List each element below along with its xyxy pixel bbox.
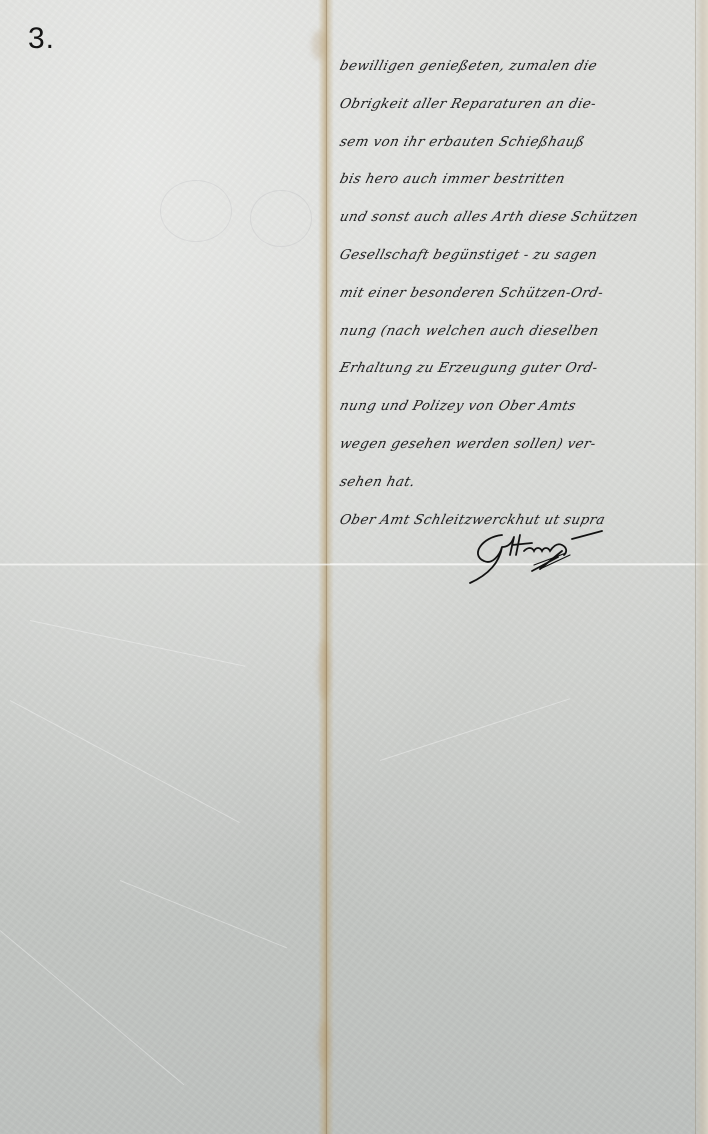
ink-bleedthrough [250,190,312,247]
text-line: sehen hat. [335,464,704,502]
vertical-fold-line [326,0,327,1134]
text-line: nung und Polizey von Ober Amts [335,388,704,426]
text-line: bis hero auch immer bestritten [335,161,704,199]
text-line: sem von ihr erbauten Schießhauß [335,124,704,162]
text-line: und sonst auch alles Arth diese Schützen [335,199,704,237]
signature: Schopner (illegible signature) [462,525,612,585]
text-line: mit einer besonderen Schützen-Ord- [335,275,704,313]
text-line: nung (nach welchen auch dieselben [335,313,704,351]
text-line: bewilligen genießeten, zumalen die [335,48,704,86]
text-line: Obrigkeit aller Reparaturen an die- [335,86,704,124]
signature-flourish-icon [462,525,612,585]
page-number: 3. [28,22,55,56]
text-line: wegen gesehen werden sollen) ver- [335,426,704,464]
text-line: Erhaltung zu Erzeugung guter Ord- [335,350,704,388]
handwritten-text-block: bewilligen genießeten, zumalen die Obrig… [335,48,695,539]
ink-bleedthrough [160,180,232,242]
text-line: Gesellschaft begünstiget - zu sagen [335,237,704,275]
manuscript-page: 3. bewilligen genießeten, zumalen die Ob… [0,0,708,1134]
